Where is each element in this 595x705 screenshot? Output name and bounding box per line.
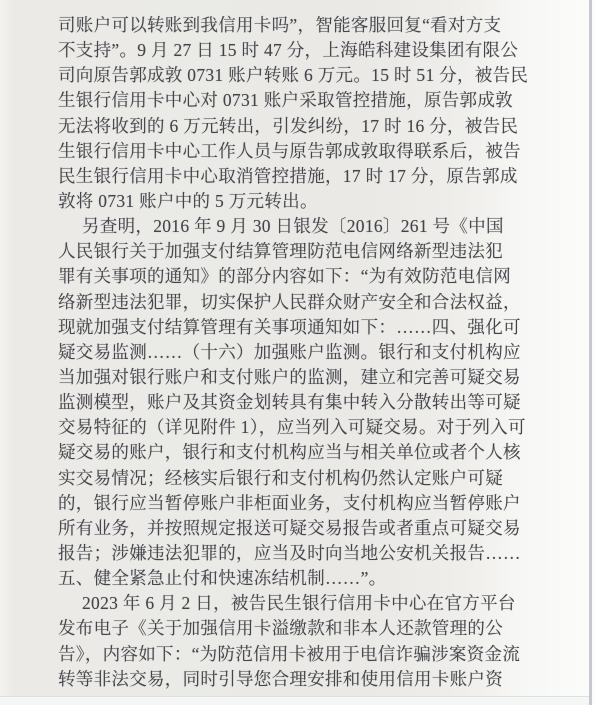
text-line: 生银行信用卡中心对 0731 账户采取管控措施，原告郭成敦 (58, 88, 476, 113)
text-line: 监测模型，账户及其资金划转具有集中转入分散转出等可疑 (58, 390, 476, 415)
text-line: 罪有关事项的通知》的部分内容如下：“为有效防范电信网 (58, 264, 476, 289)
text-line: 发布电子《关于加强信用卡溢缴款和非本人还款管理的公 (58, 616, 476, 641)
text-line: 生银行信用卡中心工作人员与原告郭成敦取得联系后，被告 (58, 139, 476, 164)
text-line: 实交易情况；经核实后银行和支付机构仍然认定账户可疑 (58, 466, 476, 491)
text-line: 司账户可以转账到我信用卡吗”，智能客服回复“看对方支 (58, 13, 476, 38)
text-line: 当加强对银行账户和支付账户的监测，建立和完善可疑交易 (58, 365, 476, 390)
text-line: 无法将收到的 6 万元转出，引发纠纷，17 时 16 分，被告民 (58, 114, 476, 139)
text-line: 人民银行关于加强支付结算管理防范电信网络新型违法犯 (58, 239, 476, 264)
text-line: 疑交易的账户，银行和支付机构应当与相关单位或者个人核 (58, 440, 476, 465)
bottom-strip (0, 696, 589, 705)
text-line: 交易特征的（详见附件 1），应当列入可疑交易。对于列入可 (58, 415, 476, 440)
text-line: 所有业务，并按照规定报送可疑交易报告或者重点可疑交易 (58, 516, 476, 541)
text-line: 另查明，2016 年 9 月 30 日银发〔2016〕261 号《中国 (58, 214, 476, 239)
text-line: 转等非法交易，同时引导您合理安排和使用信用卡账户资 (58, 667, 476, 692)
text-line: 司向原告郭成敦 0731 账户转账 6 万元。15 时 51 分，被告民 (58, 63, 476, 88)
text-line: 的，银行应当暂停账户非柜面业务，支付机构应当暂停账户 (58, 491, 476, 516)
text-line: 不支持”。9 月 27 日 15 时 47 分，上海皓科建设集团有限公 (58, 38, 476, 63)
text-line: 2023 年 6 月 2 日，被告民生银行信用卡中心在官方平台 (58, 591, 476, 616)
text-line: 络新型违法犯罪，切实保护人民群众财产安全和合法权益， (58, 290, 476, 315)
page-edge-line (589, 0, 592, 705)
text-line: 疑交易监测……（十六）加强账户监测。银行和支付机构应 (58, 340, 476, 365)
text-line: 报告；涉嫌违法犯罪的，应当及时向当地公安机关报告…… (58, 541, 476, 566)
text-line: 民生银行信用卡中心取消管控措施，17 时 17 分，原告郭成 (58, 164, 476, 189)
text-line: 五、健全紧急止付和快速冻结机制……”。 (58, 566, 476, 591)
text-line: 敦将 0731 账户中的 5 万元转出。 (58, 189, 476, 214)
text-line: 告》，内容如下：“为防范信用卡被用于电信诈骗涉案资金流 (58, 642, 476, 667)
document-text: 司账户可以转账到我信用卡吗”，智能客服回复“看对方支不支持”。9 月 27 日 … (58, 13, 476, 692)
text-line: 现就加强支付结算管理有关事项通知如下：……四、强化可 (58, 315, 476, 340)
document-page: 司账户可以转账到我信用卡吗”，智能客服回复“看对方支不支持”。9 月 27 日 … (0, 0, 595, 705)
